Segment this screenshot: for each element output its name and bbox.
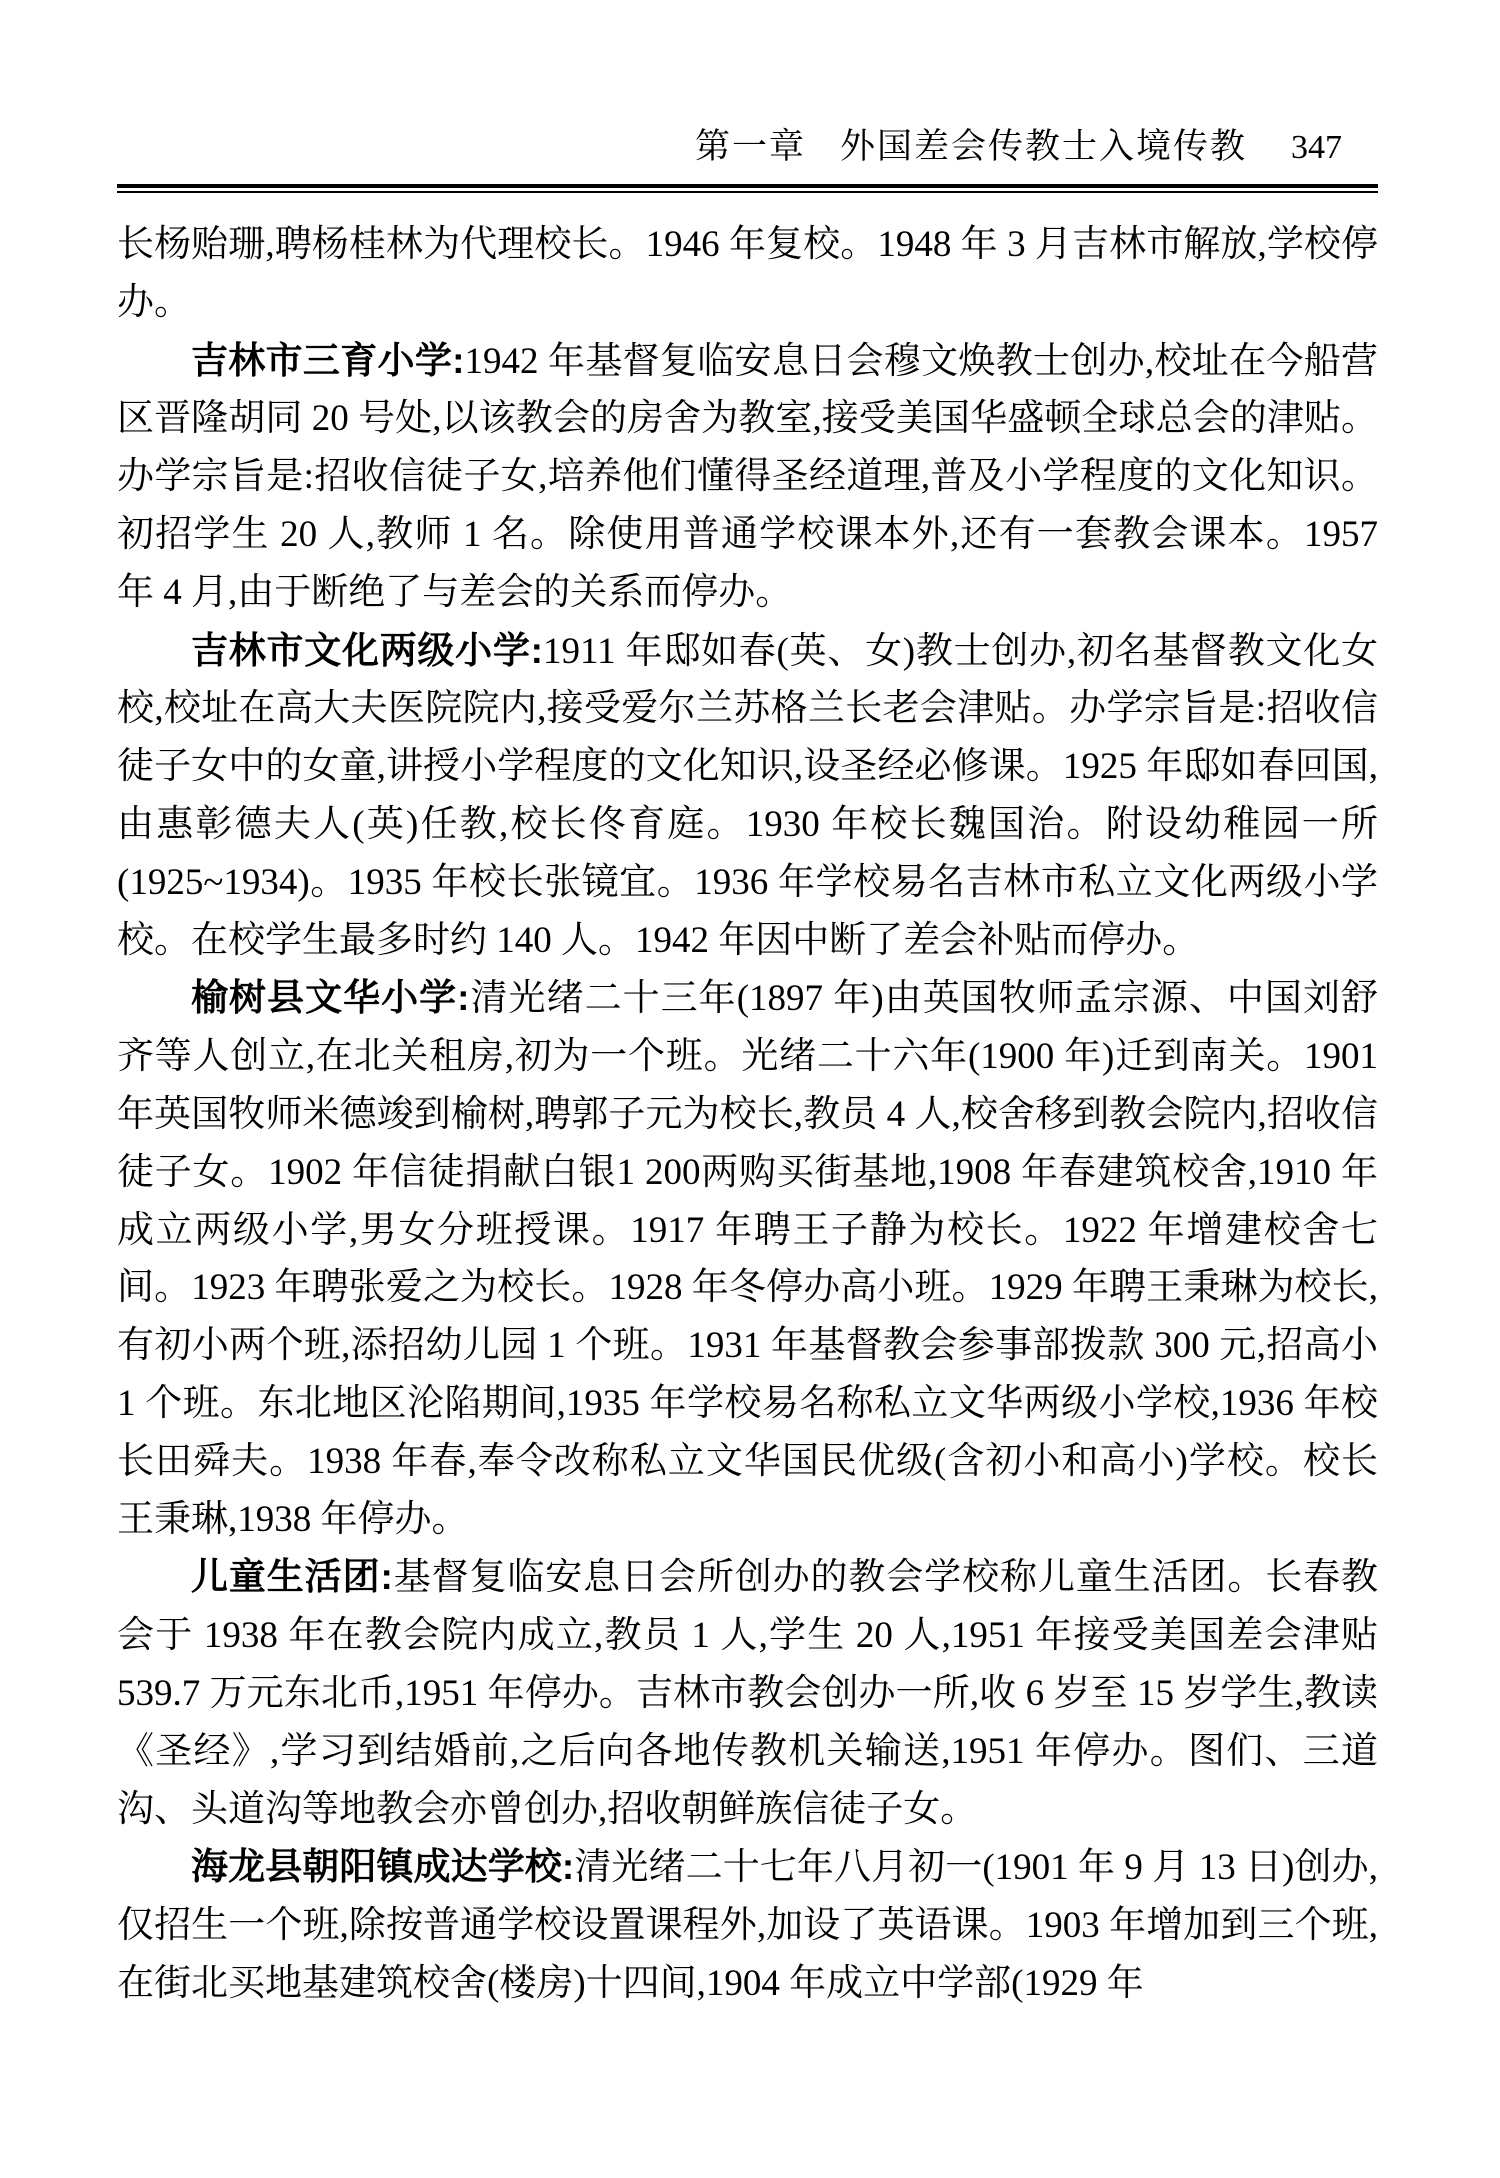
entry-title: 吉林市三育小学:	[191, 340, 464, 381]
entry-title: 儿童生活团:	[191, 1556, 393, 1597]
paragraph-wenhua-two-level-school: 吉林市文化两级小学:1911 年邸如春(英、女)教士创办,初名基督教文化女校,校…	[117, 622, 1378, 970]
chapter-title: 外国差会传教士入境传教	[840, 126, 1247, 168]
entry-title: 吉林市文化两级小学:	[191, 630, 543, 671]
paragraph-children-life-group: 儿童生活团:基督复临安息日会所创办的教会学校称儿童生活团。长春教会于 1938 …	[117, 1548, 1378, 1838]
header-rule	[117, 184, 1378, 193]
paragraph-continued: 长杨贻珊,聘杨桂林为代理校长。1946 年复校。1948 年 3 月吉林市解放,…	[117, 216, 1378, 332]
page-number: 347	[1291, 127, 1342, 169]
paragraph-text: 清光绪二十三年(1897 年)由英国牧师孟宗源、中国刘舒齐等人创立,在北关租房,…	[117, 978, 1378, 1539]
paragraph-chengda-school: 海龙县朝阳镇成达学校:清光绪二十七年八月初一(1901 年 9 月 13 日)创…	[117, 1838, 1378, 2012]
paragraph-yushu-wenhua-school: 榆树县文华小学:清光绪二十三年(1897 年)由英国牧师孟宗源、中国刘舒齐等人创…	[117, 969, 1378, 1548]
paragraph-sanyu-school: 吉林市三育小学:1942 年基督复临安息日会穆文焕教士创办,校址在今船营区晋隆胡…	[117, 332, 1378, 622]
paragraph-text: 基督复临安息日会所创办的教会学校称儿童生活团。长春教会于 1938 年在教会院内…	[117, 1557, 1378, 1829]
page-header: 第一章 外国差会传教士入境传教 347	[117, 126, 1342, 169]
paragraph-text: 1942 年基督复临安息日会穆文焕教士创办,校址在今船营区晋隆胡同 20 号处,…	[117, 341, 1378, 613]
entry-title: 榆树县文华小学:	[191, 977, 470, 1018]
body-text: 长杨贻珊,聘杨桂林为代理校长。1946 年复校。1948 年 3 月吉林市解放,…	[117, 216, 1378, 2013]
paragraph-text: 1911 年邸如春(英、女)教士创办,初名基督教文化女校,校址在高大夫医院院内,…	[117, 631, 1378, 961]
chapter-label: 第一章	[695, 126, 806, 168]
entry-title: 海龙县朝阳镇成达学校:	[191, 1846, 574, 1887]
book-page: 第一章 外国差会传教士入境传教 347 长杨贻珊,聘杨桂林为代理校长。1946 …	[0, 0, 1500, 2178]
paragraph-text: 长杨贻珊,聘杨桂林为代理校长。1946 年复校。1948 年 3 月吉林市解放,…	[117, 224, 1378, 323]
